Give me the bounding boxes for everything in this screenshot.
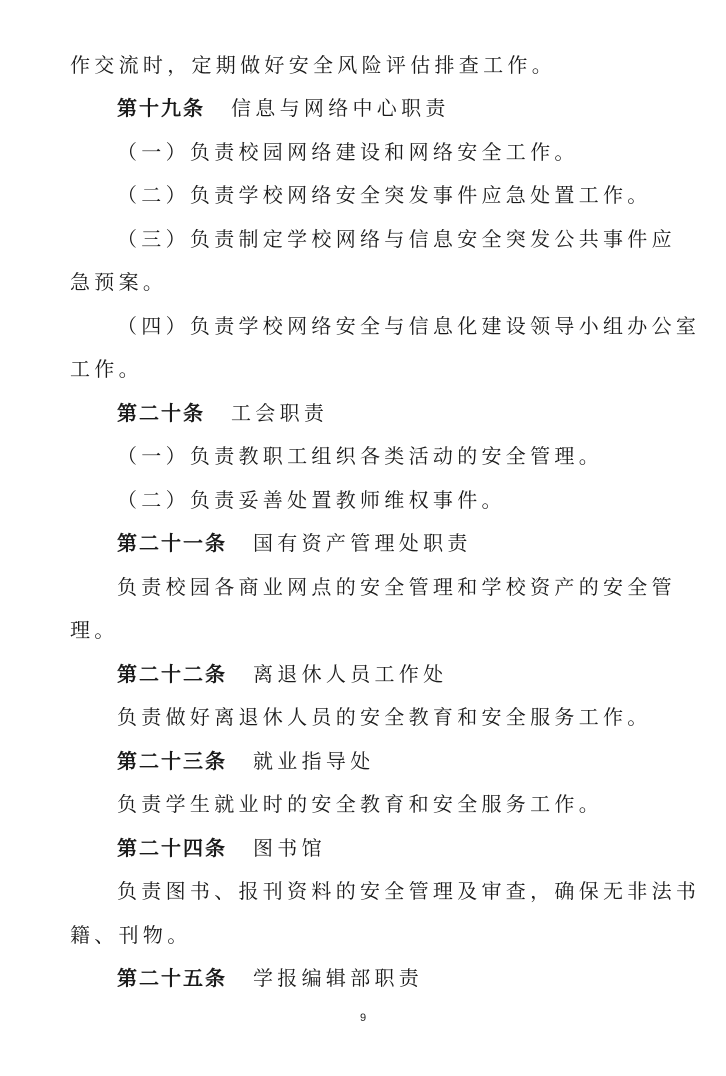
- list-item: （一）负责校园网络建设和网络安全工作。: [117, 139, 579, 165]
- article-title: 信息与网络中心职责: [231, 96, 450, 120]
- article-title: 离退休人员工作处: [253, 662, 447, 686]
- article-number: 第二十一条: [117, 531, 227, 555]
- list-item: （三）负责制定学校网络与信息安全突发公共事件应: [117, 226, 676, 252]
- article-number: 第二十五条: [117, 966, 227, 990]
- article-title: 工会职责: [231, 401, 328, 425]
- article-heading: 第二十三条就业指导处: [117, 748, 375, 774]
- article-number: 第二十三条: [117, 749, 227, 773]
- list-item: （四）负责学校网络安全与信息化建设领导小组办公室: [117, 313, 700, 339]
- article-number: 第二十四条: [117, 836, 227, 860]
- article-heading: 第二十五条学报编辑部职责: [117, 965, 423, 991]
- paragraph-line: 负责学生就业时的安全教育和安全服务工作。: [117, 791, 603, 817]
- paragraph-line: 工作。: [70, 356, 143, 382]
- paragraph-line: 理。: [70, 617, 119, 643]
- article-number: 第二十条: [117, 401, 205, 425]
- paragraph-line: 作交流时，定期做好安全风险评估排查工作。: [70, 52, 556, 78]
- article-heading: 第二十一条国有资产管理处职责: [117, 530, 472, 556]
- paragraph-line: 负责图书、报刊资料的安全管理及审查，确保无非法书: [117, 878, 700, 904]
- list-item: （二）负责妥善处置教师维权事件。: [117, 487, 506, 513]
- paragraph-line: 籍、刊物。: [70, 922, 192, 948]
- paragraph-line: 负责校园各商业网点的安全管理和学校资产的安全管: [117, 574, 676, 600]
- article-number: 第十九条: [117, 96, 205, 120]
- article-heading: 第二十条工会职责: [117, 400, 328, 426]
- article-title: 国有资产管理处职责: [253, 531, 472, 555]
- article-heading: 第十九条信息与网络中心职责: [117, 95, 450, 121]
- paragraph-line: 负责做好离退休人员的安全教育和安全服务工作。: [117, 704, 652, 730]
- article-heading: 第二十二条离退休人员工作处: [117, 661, 447, 687]
- article-number: 第二十二条: [117, 662, 227, 686]
- list-item: （二）负责学校网络安全突发事件应急处置工作。: [117, 182, 652, 208]
- article-title: 图书馆: [253, 836, 326, 860]
- list-item: （一）负责教职工组织各类活动的安全管理。: [117, 443, 603, 469]
- article-heading: 第二十四条图书馆: [117, 835, 326, 861]
- paragraph-line: 急预案。: [70, 269, 167, 295]
- article-title: 就业指导处: [253, 749, 375, 773]
- article-title: 学报编辑部职责: [253, 966, 423, 990]
- page-number: 9: [0, 1012, 726, 1024]
